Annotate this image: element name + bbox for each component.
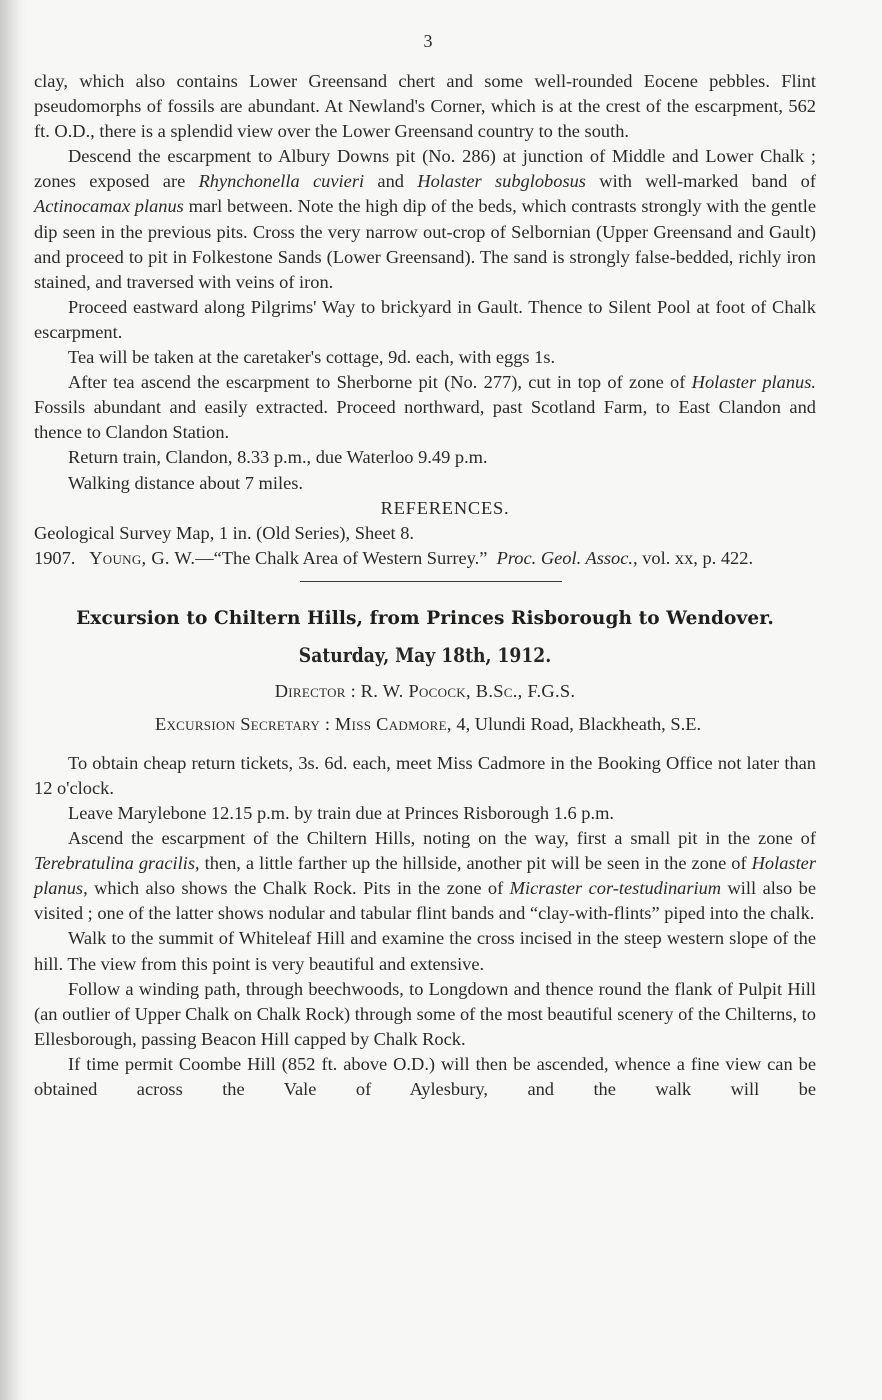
text-run: After tea ascend the escarpment to Sherb… (68, 372, 692, 392)
director-label: Director : (275, 681, 356, 701)
excursion-title: Excursion to Chiltern Hills, from Prince… (34, 607, 816, 631)
paragraph-winding-path: Follow a winding path, through beechwood… (34, 977, 816, 1052)
director-name: R. W. Pocock, B.Sc., F.G.S. (361, 681, 576, 701)
reference-volume: vol. xx, p. 422. (642, 548, 753, 568)
references-heading: REFERENCES. (34, 496, 816, 521)
paragraph-coombe-hill: If time permit Coombe Hill (852 ft. abov… (34, 1052, 816, 1102)
reference-item: 1907. Young, G. W.—“The Chalk Area of We… (34, 546, 816, 571)
paragraph-sherborne-pit: After tea ascend the escarpment to Sherb… (34, 370, 816, 445)
document-page: 3 clay, which also contains Lower Greens… (34, 30, 816, 1102)
text-run: , which also shows the Chalk Rock. Pits … (83, 878, 510, 898)
excursion-director: Director : R. W. Pocock, B.Sc., F.G.S. (34, 679, 816, 704)
paragraph-tea: Tea will be taken at the caretaker's cot… (34, 345, 816, 370)
paragraph-albury-downs: Descend the escarpment to Albury Downs p… (34, 144, 816, 295)
species-name: Holaster planus. (692, 372, 816, 392)
paragraph-return-train: Return train, Clandon, 8.33 p.m., due Wa… (34, 445, 816, 470)
reference-author: Young, G. W. (89, 548, 195, 568)
reference-item: Geological Survey Map, 1 in. (Old Series… (34, 521, 816, 546)
paragraph-continued: clay, which also contains Lower Greensan… (34, 69, 816, 144)
text-run: Ascend the escarpment of the Chiltern Hi… (68, 828, 816, 848)
reference-title: —“The Chalk Area of Western Surrey.” (195, 548, 487, 568)
secretary-name: Miss Cadmore, (335, 714, 452, 734)
paragraph-ascend-chilterns: Ascend the escarpment of the Chiltern Hi… (34, 826, 816, 926)
section-divider (300, 581, 562, 582)
species-name: Rhynchonella cuvieri (199, 171, 365, 191)
text-run: with well-marked band of (586, 171, 816, 191)
paragraph-leave-marylebone: Leave Marylebone 12.15 p.m. by train due… (34, 801, 816, 826)
text-run: Fossils abundant and easily extracted. P… (34, 397, 816, 442)
paragraph-walking-distance: Walking distance about 7 miles. (34, 471, 816, 496)
text-run: , then, a little farther up the hillside… (195, 853, 752, 873)
secretary-label: Excursion Secretary : (155, 714, 330, 734)
reference-year: 1907. (34, 548, 75, 568)
excursion-secretary: Excursion Secretary : Miss Cadmore, 4, U… (34, 712, 816, 737)
paragraph-whiteleaf-hill: Walk to the summit of Whiteleaf Hill and… (34, 926, 816, 976)
text-run: and (364, 171, 417, 191)
reference-journal: Proc. Geol. Assoc., (497, 548, 638, 568)
species-name: Micraster cor-testudinarium (510, 878, 721, 898)
page-binding-edge (0, 0, 26, 1400)
species-name: Holaster subglobosus (417, 171, 586, 191)
secretary-address: 4, Ulundi Road, Blackheath, S.E. (456, 714, 701, 734)
excursion-date: Saturday, May 18th, 1912. (81, 643, 769, 669)
species-name: Terebratulina gracilis (34, 853, 195, 873)
page-number: 3 (34, 30, 816, 52)
species-name: Actinocamax planus (34, 196, 184, 216)
paragraph-tickets: To obtain cheap return tickets, 3s. 6d. … (34, 751, 816, 801)
paragraph-pilgrims-way: Proceed eastward along Pilgrims' Way to … (34, 295, 816, 345)
